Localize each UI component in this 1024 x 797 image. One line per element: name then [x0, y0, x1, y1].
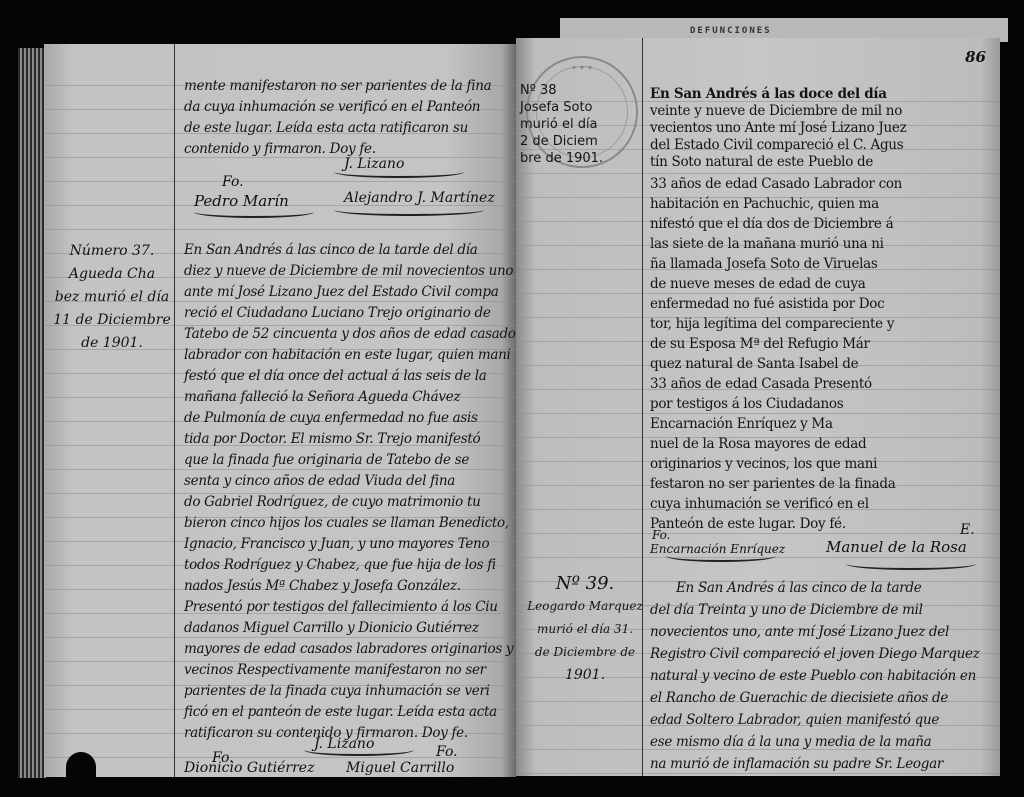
witness-signature: Manuel de la Rosa — [826, 538, 967, 556]
page-number: 86 — [965, 48, 986, 66]
book-leaf-edges — [18, 48, 46, 778]
section-header: DEFUNCIONES — [690, 26, 772, 36]
right-page: 86 ✶ ✶ ✶ Nº 38 Josefa Soto murió el día … — [516, 38, 1000, 776]
entry-39-margin-note: Nº 39. Leogardo Marquez murió el día 31.… — [520, 572, 650, 687]
thumb-shadow — [66, 752, 96, 782]
margin-line — [174, 44, 175, 777]
witness-signature: Dionicio Gutiérrez — [184, 760, 314, 776]
entry-38-margin-note: Nº 38 Josefa Soto murió el día 2 de Dici… — [520, 82, 644, 167]
witness-signature: Miguel Carrillo — [346, 760, 454, 776]
left-page: mente manifestaron no ser parientes de l… — [44, 44, 516, 777]
scanned-document: DEFUNCIONES mente manifestaron no ser pa… — [0, 0, 1024, 797]
entry-37-margin-note: Número 37. Agueda Cha bez murió el día 1… — [50, 240, 174, 355]
